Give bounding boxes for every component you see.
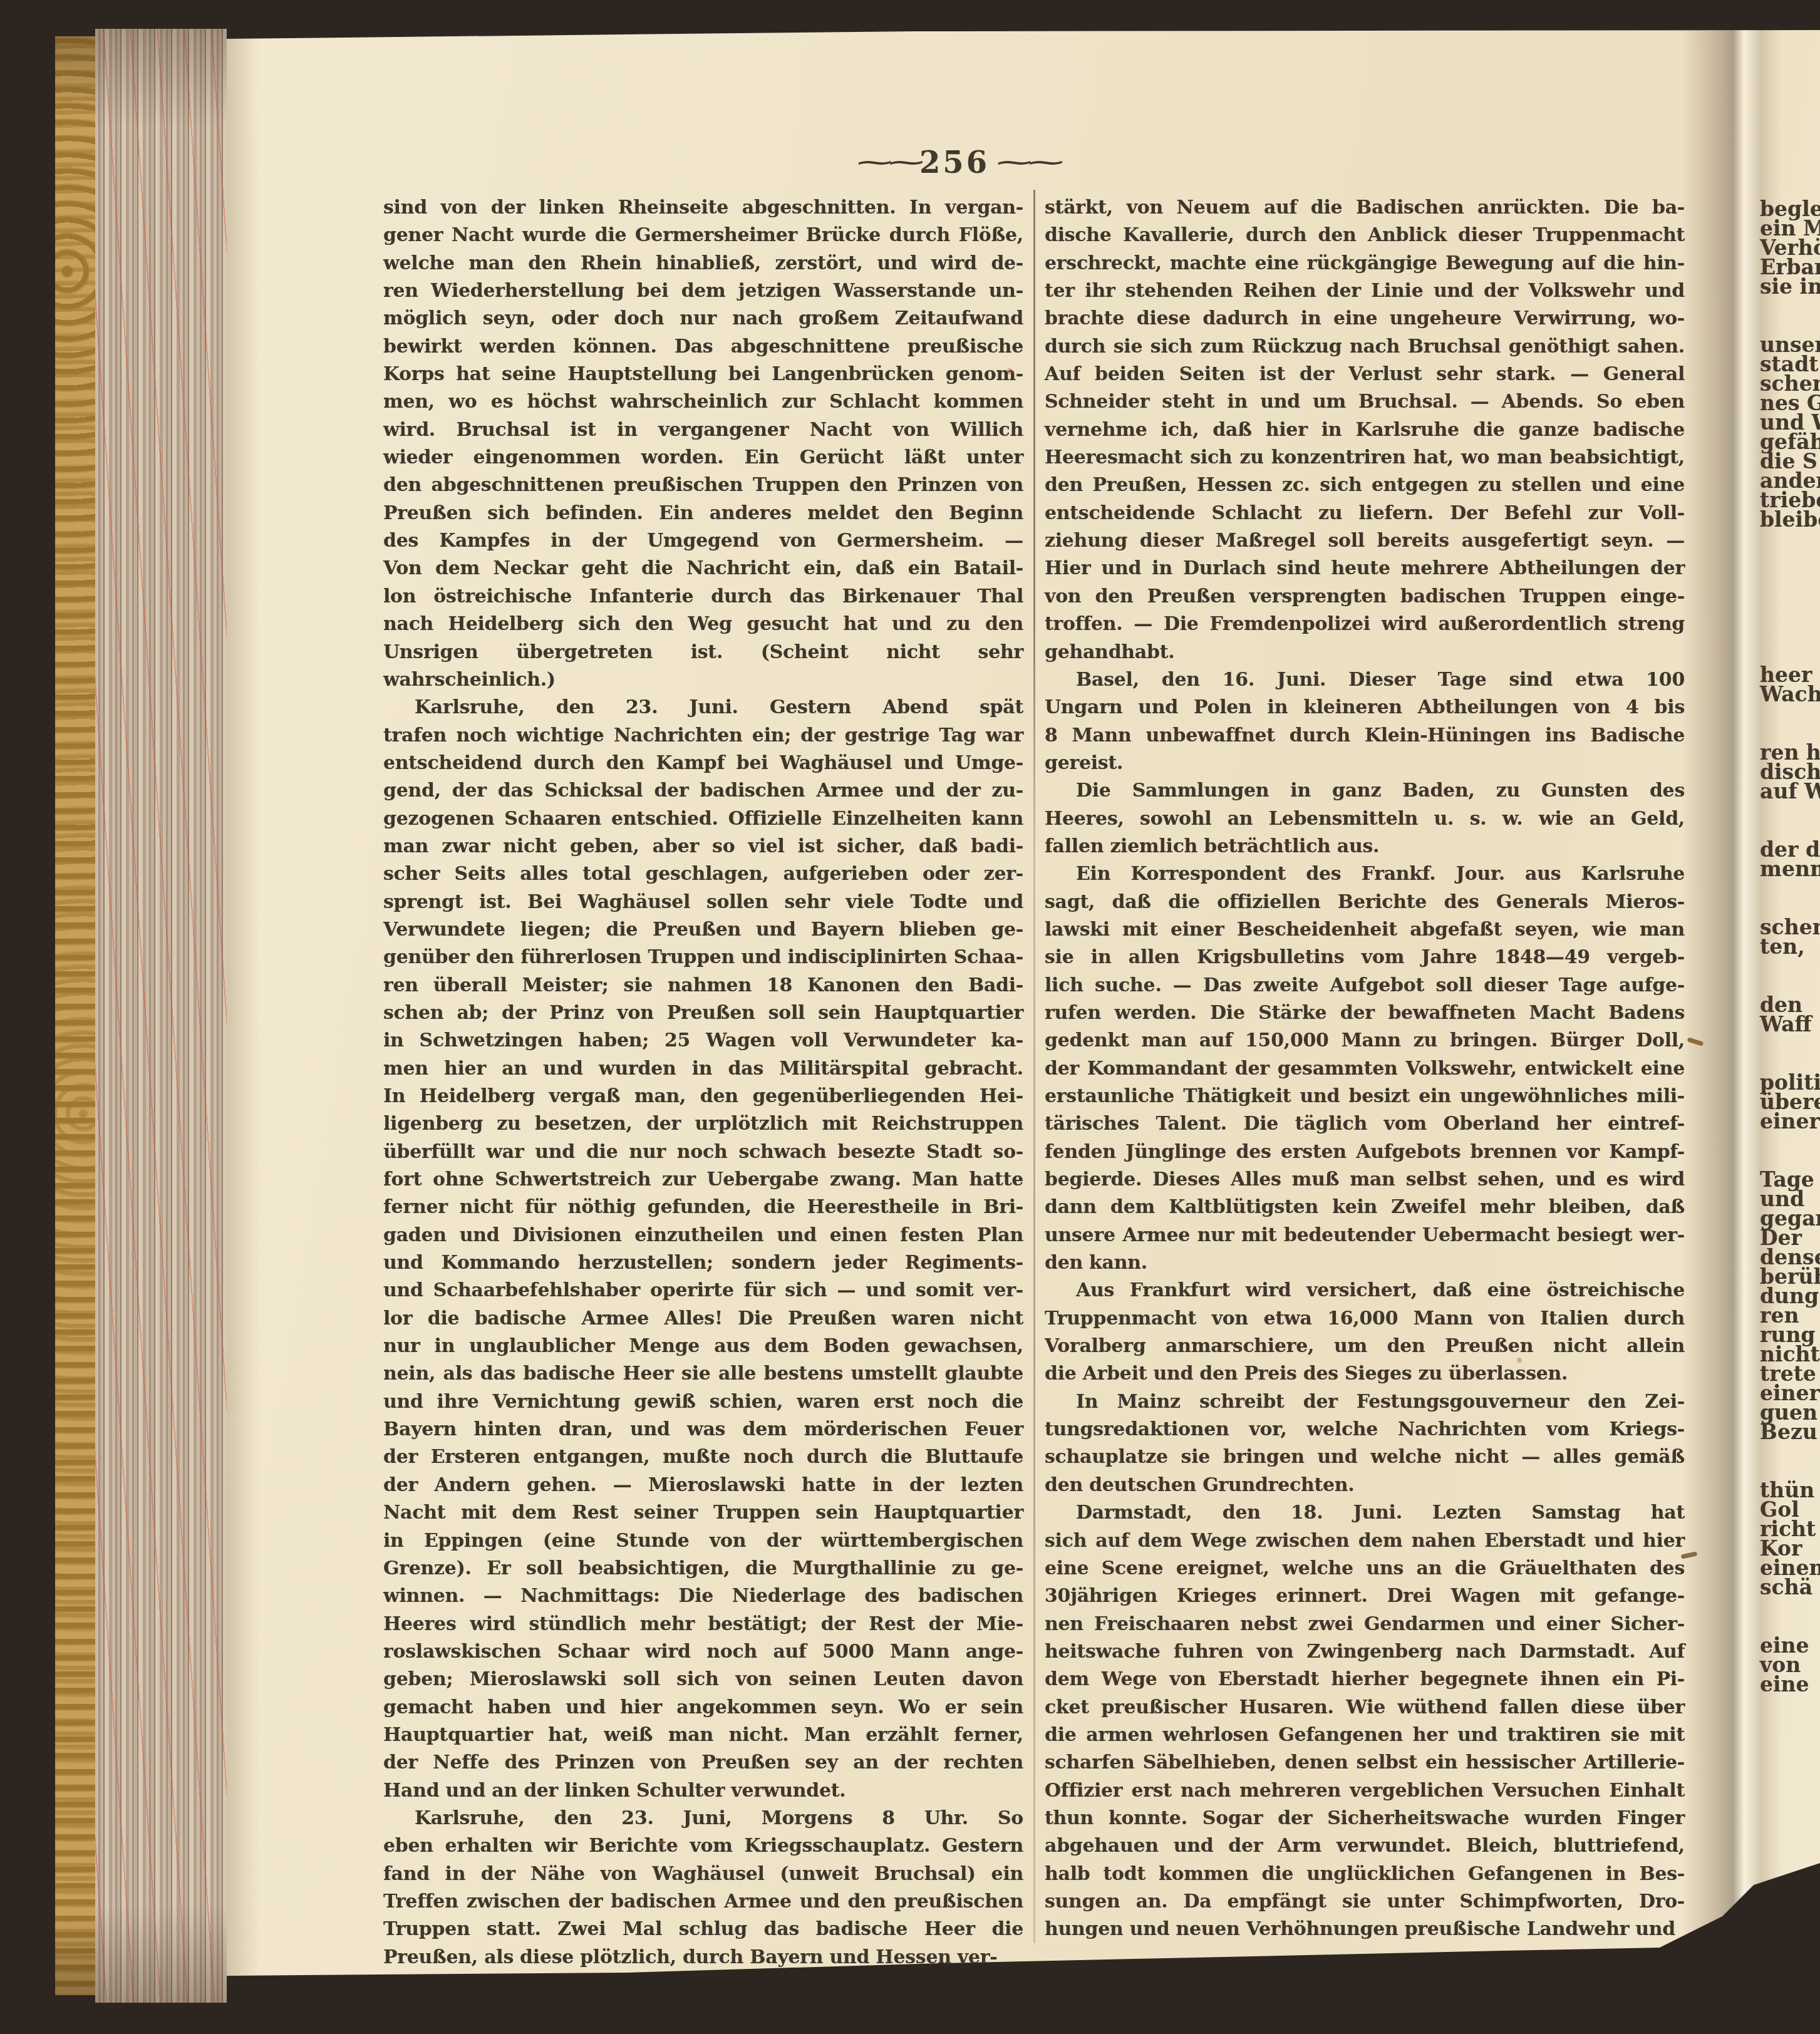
text-line: erschreckt, machte eine rückgängige Bewe… — [1045, 250, 1685, 277]
text-line: heitswache fuhren von Zwingenberg nach D… — [1045, 1638, 1685, 1666]
text-line: Grenze). Er soll beabsichtigen, die Murg… — [383, 1555, 1023, 1582]
text-line: schen ab; der Prinz von Preußen soll sei… — [383, 999, 1023, 1027]
text-line: Hier und in Durlach sind heute mehrere A… — [1045, 555, 1685, 582]
text-line: Nacht mit dem Rest seiner Truppen sein H… — [383, 1499, 1023, 1527]
text-line: Truppen statt. Zwei Mal schlug das badis… — [383, 1916, 1023, 1943]
text-line: Schneider steht in und um Bruchsal. — Ab… — [1045, 388, 1685, 416]
text-line: fenden Jünglinge des ersten Aufgebots br… — [1045, 1138, 1685, 1166]
facing-page-text-fragment: menm — [1760, 859, 1820, 879]
text-line: fallen ziemlich beträchtlich aus. — [1045, 833, 1685, 860]
text-line: und Schaarbefehlshaber operirte für sich… — [383, 1277, 1023, 1304]
text-line: ren überall Meister; sie nahmen 18 Kanon… — [383, 972, 1023, 999]
facing-page-text-fragment — [1760, 529, 1820, 549]
photo-background: ~~ 256 ~~ sind von der linken Rheinseite… — [0, 0, 1820, 2034]
text-line: und ihre Vernichtung gewiß schien, waren… — [383, 1388, 1023, 1416]
column-right: stärkt, von Neuem auf die Badischen anrü… — [1045, 194, 1685, 1944]
book-cover-edge — [55, 36, 95, 1995]
text-line: men, wo es höchst wahrscheinlich zur Sch… — [383, 388, 1023, 416]
text-line: rufen werden. Die Stärke der bewaffneten… — [1045, 999, 1685, 1027]
facing-page-text-fragment — [1760, 607, 1820, 626]
text-line: Darmstadt, den 18. Juni. Lezten Samstag … — [1045, 1499, 1685, 1527]
text-line: eine Scene ereignet, welche uns an die G… — [1045, 1555, 1685, 1582]
text-line: sich auf dem Wege zwischen dem nahen Ebe… — [1045, 1527, 1685, 1555]
text-line: nur in unglaublicher Menge aus dem Boden… — [383, 1333, 1023, 1360]
text-line: Karlsruhe, den 23. Juni. Gestern Abend s… — [383, 694, 1023, 721]
facing-page-text-fragment — [1760, 1131, 1820, 1150]
facing-page-text-fragment: schä — [1760, 1577, 1820, 1597]
facing-page-text-fragment: auf W — [1760, 782, 1820, 801]
text-line: nein, als das badische Heer sie alle bes… — [383, 1360, 1023, 1388]
text-line: ter ihr stehenden Reihen der Linie und d… — [1045, 277, 1685, 305]
foxing-speck — [659, 1840, 664, 1846]
text-line: dem Wege von Eberstadt hierher begegnete… — [1045, 1666, 1685, 1693]
text-line: sie in allen Krigsbulletins vom Jahre 18… — [1045, 944, 1685, 971]
text-line: entscheidende Schlacht zu liefern. Der B… — [1045, 500, 1685, 527]
text-line: schauplatze sie bringen und welche nicht… — [1045, 1443, 1685, 1471]
text-line: gehandhabt. — [1045, 639, 1685, 666]
facing-page-text-fragment — [1760, 1442, 1820, 1461]
text-line: in Schwetzingen haben; 25 Wagen voll Ver… — [383, 1027, 1023, 1055]
text-line: Die Sammlungen in ganz Baden, zu Gunsten… — [1045, 777, 1685, 805]
facing-page-text-fragment — [1760, 587, 1820, 607]
text-line: gezogenen Schaaren entschied. Offizielle… — [383, 805, 1023, 833]
facing-page-text-fragment — [1760, 801, 1820, 820]
text-line: men hier an und wurden in das Militärspi… — [383, 1055, 1023, 1083]
text-line: gedenkt man auf 150,000 Mann zu bringen.… — [1045, 1027, 1685, 1055]
text-line: Von dem Neckar geht die Nachricht ein, d… — [383, 555, 1023, 582]
text-line: dische Kavallerie, durch den Anblick die… — [1045, 222, 1685, 249]
text-line: Karlsruhe, den 23. Juni, Morgens 8 Uhr. … — [383, 1805, 1023, 1832]
text-line: trafen noch wichtige Nachrichten ein; de… — [383, 722, 1023, 750]
text-line: lor die badische Armee Alles! Die Preuße… — [383, 1305, 1023, 1333]
text-line: lawski mit einer Bescheidenheit abgefaßt… — [1045, 916, 1685, 944]
text-line: gereist. — [1045, 750, 1685, 777]
facing-page-text-fragment: sie ins — [1760, 277, 1820, 296]
text-line: vernehme ich, daß hier in Karlsruhe die … — [1045, 416, 1685, 444]
text-line: Offizier erst nach mehreren vergeblichen… — [1045, 1777, 1685, 1805]
text-line: sind von der linken Rheinseite abgeschni… — [383, 194, 1023, 222]
facing-page-text-fragment — [1760, 296, 1820, 316]
text-line: geben; Mieroslawski soll sich von seinen… — [383, 1666, 1023, 1693]
text-line: und Kommando herzustellen; sondern jeder… — [383, 1249, 1023, 1277]
page-surface: ~~ 256 ~~ sind von der linken Rheinseite… — [227, 30, 1820, 1996]
text-line: stärkt, von Neuem auf die Badischen anrü… — [1045, 194, 1685, 222]
page-fore-edge-stack — [95, 29, 227, 2003]
text-line: überfüllt war und die nur noch schwach b… — [383, 1138, 1023, 1166]
text-line: wieder eingenommen worden. Ein Gerücht l… — [383, 444, 1023, 472]
text-line: Verwundete liegen; die Preußen und Bayer… — [383, 916, 1023, 944]
text-line: ferner nicht für nöthig gefunden, die He… — [383, 1194, 1023, 1221]
text-line: tärisches Talent. Die täglich vom Oberla… — [1045, 1110, 1685, 1138]
text-line: tungsredaktionen vor, welche Nachrichten… — [1045, 1416, 1685, 1443]
column-left: sind von der linken Rheinseite abgeschni… — [383, 194, 1023, 1971]
header-ornament-left: ~~ — [845, 150, 924, 175]
text-line: 30jährigen Krieges erinnert. Drei Wagen … — [1045, 1582, 1685, 1610]
text-line: Preußen sich befinden. Ein anderes melde… — [383, 500, 1023, 527]
facing-page-text-fragment: bleibe — [1760, 510, 1820, 529]
text-line: Heeres, sowohl an Lebensmitteln u. s. w.… — [1045, 805, 1685, 833]
column-divider-rule — [1033, 190, 1035, 1943]
text-line: lich suche. — Das zweite Aufgebot soll d… — [1045, 972, 1685, 999]
text-line: der Ersteren entgangen, mußte noch durch… — [383, 1443, 1023, 1471]
header-ornament-right: ~~ — [985, 150, 1064, 175]
text-line: Korps hat seine Hauptstellung bei Langen… — [383, 361, 1023, 388]
page-number: 256 — [919, 145, 990, 180]
text-line: ligenberg zu besetzen, der urplötzlich m… — [383, 1110, 1023, 1138]
text-line: nen Freischaaren nebst zwei Gendarmen un… — [1045, 1611, 1685, 1638]
text-line: sungen an. Da empfängt sie unter Schimpf… — [1045, 1888, 1685, 1916]
text-line: des Kampfes in der Umgegend von Germersh… — [383, 527, 1023, 555]
text-line: den kann. — [1045, 1249, 1685, 1277]
text-line: ziehung dieser Maßregel soll bereits aus… — [1045, 527, 1685, 555]
foxing-speck — [1006, 368, 1013, 374]
text-line: winnen. — Nachmittags: Die Niederlage de… — [383, 1582, 1023, 1610]
facing-page-text-fragment — [1760, 704, 1820, 723]
text-line: man zwar nicht geben, aber so viel ist s… — [383, 833, 1023, 860]
text-line: sagt, daß die offiziellen Berichte des G… — [1045, 889, 1685, 916]
text-line: gener Nacht wurde die Germersheimer Brüc… — [383, 222, 1023, 249]
text-line: Truppenmacht von etwa 16,000 Mann von It… — [1045, 1305, 1685, 1333]
page-header: ~~ 256 ~~ — [853, 138, 1056, 187]
text-line: Hand und an der linken Schulter verwunde… — [383, 1777, 1023, 1805]
text-line: die armen wehrlosen Gefangenen her und t… — [1045, 1722, 1685, 1749]
facing-page-text-fragment: einer — [1760, 1112, 1820, 1131]
text-line: Ein Korrespondent des Frankf. Jour. aus … — [1045, 860, 1685, 888]
text-line: Unsrigen übergetreten ist. (Scheint nich… — [383, 639, 1023, 694]
text-line: Voralberg anmarschiere, um den Preußen n… — [1045, 1333, 1685, 1360]
text-line: gend, der das Schicksal der badischen Ar… — [383, 777, 1023, 805]
text-line: Aus Frankfurt wird versichert, daß eine … — [1045, 1277, 1685, 1304]
text-line: Auf beiden Seiten ist der Verlust sehr s… — [1045, 361, 1685, 388]
text-line: begierde. Dieses Alles muß man selbst se… — [1045, 1166, 1685, 1194]
text-line: erstaunliche Thätigkeit und besizt ein u… — [1045, 1083, 1685, 1110]
text-line: möglich seyn, oder doch nur nach großem … — [383, 305, 1023, 333]
facing-page-text-fragment: ten, — [1760, 937, 1820, 956]
text-line: dann dem Kaltblütigsten kein Zweifel meh… — [1045, 1194, 1685, 1221]
text-line: der Andern gehen. — Mieroslawski hatte i… — [383, 1472, 1023, 1499]
facing-page-text-fragment — [1760, 879, 1820, 898]
text-line: durch sie sich zum Rückzug nach Bruchsal… — [1045, 333, 1685, 361]
facing-page-text-fragment — [1760, 626, 1820, 646]
text-line: Heeres wird stündlich mehr bestätigt; de… — [383, 1611, 1023, 1638]
text-line: brachte diese dadurch in eine ungeheure … — [1045, 305, 1685, 333]
text-line: wird. Bruchsal ist in vergangener Nacht … — [383, 416, 1023, 444]
text-line: scharfen Säbelhieben, denen selbst ein h… — [1045, 1749, 1685, 1777]
text-line: unsere Armee nur mit bedeutender Ueberma… — [1045, 1222, 1685, 1249]
text-line: in Eppingen (eine Stunde von der württem… — [383, 1527, 1023, 1555]
text-line: von den Preußen versprengten badischen T… — [1045, 583, 1685, 611]
facing-page-text-fragment: Waff — [1760, 1014, 1820, 1034]
text-line: genüber den führerlosen Truppen und indi… — [383, 944, 1023, 971]
text-line: Bayern hinten dran, und was dem mörderis… — [383, 1416, 1023, 1443]
text-line: fand in der Nähe von Waghäusel (unweit B… — [383, 1861, 1023, 1888]
text-line: sprengt ist. Bei Waghäusel sollen sehr v… — [383, 889, 1023, 916]
foxing-speck — [1517, 1358, 1522, 1363]
text-line: nach Heidelberg sich den Weg gesucht hat… — [383, 611, 1023, 638]
text-line: welche man den Rhein hinabließ, zerstört… — [383, 250, 1023, 277]
text-line: cket preußischer Husaren. Wie wüthend fa… — [1045, 1694, 1685, 1722]
text-line: hungen und neuen Verhöhnungen preußische… — [1045, 1916, 1685, 1943]
text-line: troffen. — Die Fremdenpolizei wird außer… — [1045, 611, 1685, 638]
text-line: In Heidelberg vergaß man, den gegenüberl… — [383, 1083, 1023, 1110]
text-line: Treffen zwischen der badischen Armee und… — [383, 1888, 1023, 1916]
facing-page-text-fragment: Bezu — [1760, 1422, 1820, 1442]
text-line: Hauptquartier hat, weiß man nicht. Man e… — [383, 1722, 1023, 1749]
facing-page-text-fragment — [1760, 549, 1820, 568]
text-line: In Mainz schreibt der Festungsgouverneur… — [1045, 1388, 1685, 1416]
facing-page-text-sliver: begleitein MVerhöErbarsie ins unserestad… — [1760, 199, 1820, 1694]
text-line: 8 Mann unbewaffnet durch Klein-Hüningen … — [1045, 722, 1685, 750]
facing-page-text-fragment — [1760, 568, 1820, 587]
facing-page-text-fragment: eine — [1760, 1675, 1820, 1694]
text-line: entscheidend durch den Kampf bei Waghäus… — [383, 750, 1023, 777]
text-line: Ungarn und Polen in kleineren Abtheilung… — [1045, 694, 1685, 721]
text-line: der Neffe des Prinzen von Preußen sey an… — [383, 1749, 1023, 1777]
text-line: halb todt kommen die unglücklichen Gefan… — [1045, 1861, 1685, 1888]
facing-page-text-fragment: Wach — [1760, 684, 1820, 704]
text-line: der Kommandant der gesammten Volkswehr, … — [1045, 1055, 1685, 1083]
text-line: thun konnte. Sogar der Sicherheitswache … — [1045, 1805, 1685, 1832]
text-line: scher Seits alles total geschlagen, aufg… — [383, 860, 1023, 888]
facing-page-text-fragment — [1760, 956, 1820, 976]
text-line: gemacht haben und hier angekommen seyn. … — [383, 1694, 1023, 1722]
text-line: den Preußen, Hessen zc. sich entgegen zu… — [1045, 472, 1685, 499]
text-line: Preußen, als diese plötzlich, durch Baye… — [383, 1944, 1023, 1971]
text-line: Heeresmacht sich zu konzentriren hat, wo… — [1045, 444, 1685, 472]
text-line: lon östreichische Infanterie durch das B… — [383, 583, 1023, 611]
text-line: den deutschen Grundrechten. — [1045, 1472, 1685, 1499]
page-left-shadow — [227, 30, 259, 1996]
text-line: den abgeschnittenen preußischen Truppen … — [383, 472, 1023, 499]
facing-page-text-fragment — [1760, 1597, 1820, 1616]
text-line: bewirkt werden können. Das abgeschnitten… — [383, 333, 1023, 361]
text-line: eben erhalten wir Berichte vom Kriegssch… — [383, 1832, 1023, 1860]
text-line: roslawskischen Schaar wird noch auf 5000… — [383, 1638, 1023, 1666]
text-line: abgehauen und der Arm verwundet. Bleich,… — [1045, 1832, 1685, 1860]
text-line: ren Wiederherstellung bei dem jetzigen W… — [383, 277, 1023, 305]
facing-page-text-fragment — [1760, 1034, 1820, 1053]
text-line: gaden und Divisionen einzutheilen und ei… — [383, 1222, 1023, 1249]
text-line: die Arbeit und den Preis des Sieges zu ü… — [1045, 1360, 1685, 1388]
text-line: Basel, den 16. Juni. Dieser Tage sind et… — [1045, 666, 1685, 694]
text-line: fort ohne Schwertstreich zur Uebergabe z… — [383, 1166, 1023, 1194]
